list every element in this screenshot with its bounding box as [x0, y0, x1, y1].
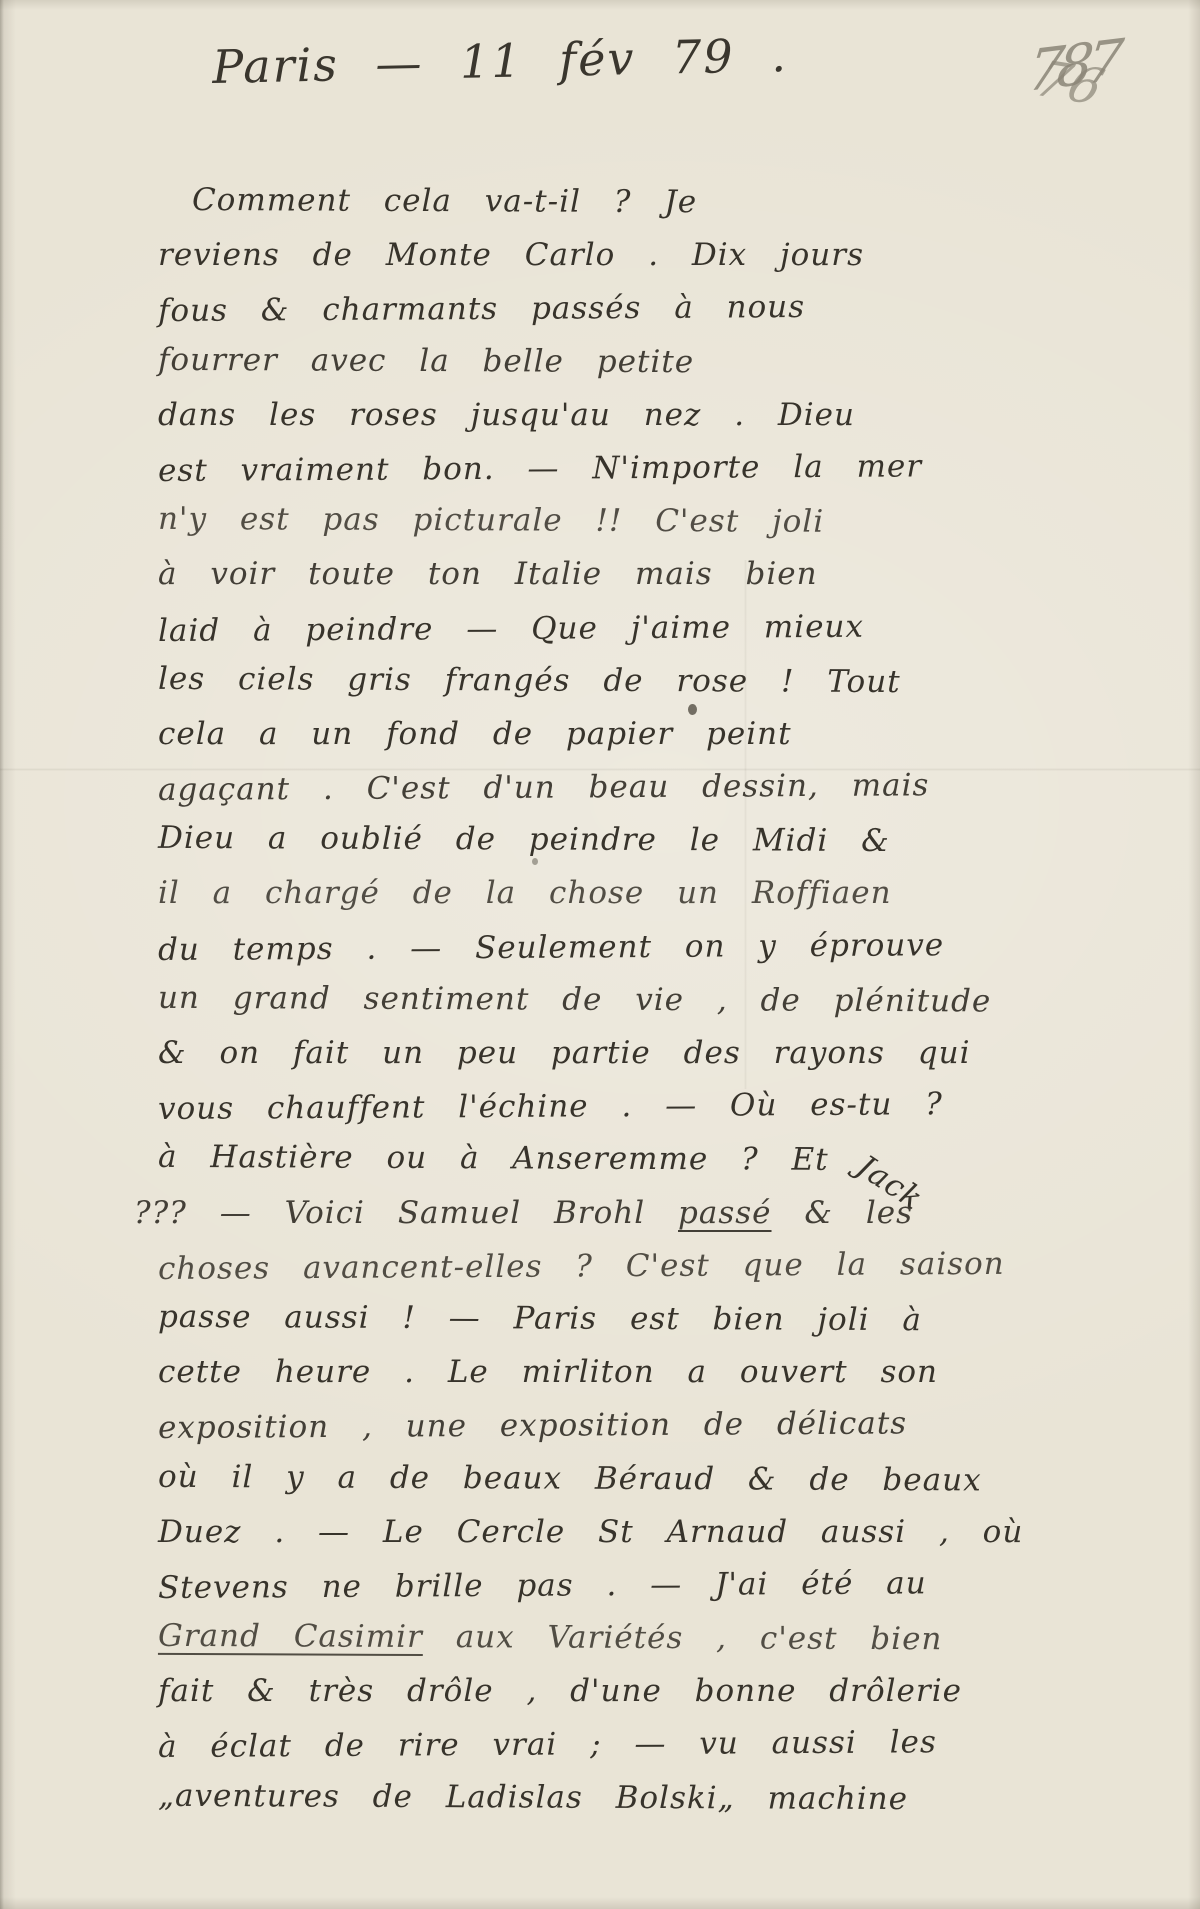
letter-line: agaçant . C'est d'un beau dessin, mais	[158, 758, 1148, 817]
text-part: Et	[791, 1142, 861, 1178]
letter-line: les ciels gris frangés de rose ! Tout	[158, 653, 1148, 711]
letter-line: Duez . — Le Cercle St Arnaud aussi , où	[158, 1506, 1148, 1559]
text-part: ??? — Voici Samuel Brohl	[134, 1195, 678, 1231]
letter-line: vous chauffent l'échine . — Où es-tu ?	[158, 1077, 1148, 1136]
letter-line: cette heure . Le mirliton a ouvert son	[158, 1346, 1148, 1399]
letter-line: fourrer avec la belle petite	[158, 333, 1148, 391]
letter-line: à Hastière ou à Anseremme ? Et Jack	[158, 1131, 1148, 1189]
letter-line: exposition , une exposition de délicats	[158, 1396, 1148, 1455]
letter-line: fous & charmants passés à nous	[158, 279, 1148, 338]
letter-line: il a chargé de la chose un Roffiaen	[158, 867, 1148, 920]
letter-body: Comment cela va-t-il ? Jereviens de Mont…	[158, 176, 1148, 1825]
letter-line: cela a un fond de papier peint	[158, 708, 1148, 761]
letter-line: Grand Casimir aux Variétés , c'est bien	[158, 1610, 1148, 1668]
letter-line: Comment cela va-t-il ? Je	[158, 174, 1148, 232]
letter-line: du temps . — Seulement on y éprouve	[158, 918, 1148, 977]
letter-line: passe aussi ! — Paris est bien joli à	[158, 1291, 1148, 1349]
letter-line: à voir toute ton Italie mais bien	[158, 548, 1148, 601]
letter-line: reviens de Monte Carlo . Dix jours	[158, 229, 1148, 282]
letter-line: fait & très drôle , d'une bonne drôlerie	[158, 1665, 1148, 1718]
letter-line: n'y est pas picturale !! C'est joli	[158, 493, 1148, 551]
text-part: & les	[772, 1195, 913, 1231]
letter-line: laid à peindre — Que j'aime mieux	[158, 598, 1148, 657]
letter-line: „aventures de Ladislas Bolski„ machine	[158, 1769, 1148, 1827]
letter-line: à éclat de rire vrai ; — vu aussi les	[158, 1715, 1148, 1774]
underlined-text: passé	[678, 1195, 772, 1231]
page-number-pencil: 76 787	[1028, 28, 1178, 138]
underlined-text: Grand Casimir	[158, 1618, 423, 1655]
letter-line: Stevens ne brille pas . — J'ai été au	[158, 1556, 1148, 1615]
letter-line: Dieu a oublié de peindre le Midi &	[158, 812, 1148, 870]
letter-line: ??? — Voici Samuel Brohl passé & les	[134, 1187, 1148, 1240]
pencil-number: 787	[1024, 28, 1120, 105]
letter-line: est vraiment bon. — N'importe la mer	[158, 439, 1148, 498]
letter-line: où il y a de beaux Béraud & de beaux	[158, 1450, 1148, 1508]
text-part: aux Variétés , c'est bien	[423, 1619, 943, 1657]
letter-line: & on fait un peu partie des rayons qui	[158, 1027, 1148, 1080]
letter-line: dans les roses jusqu'au nez . Dieu	[158, 389, 1148, 442]
letter-line: choses avancent-elles ? C'est que la sai…	[158, 1237, 1148, 1296]
letter-line: un grand sentiment de vie , de plénitude	[158, 972, 1148, 1030]
text-part: à Hastière ou à Anseremme ?	[158, 1139, 792, 1178]
